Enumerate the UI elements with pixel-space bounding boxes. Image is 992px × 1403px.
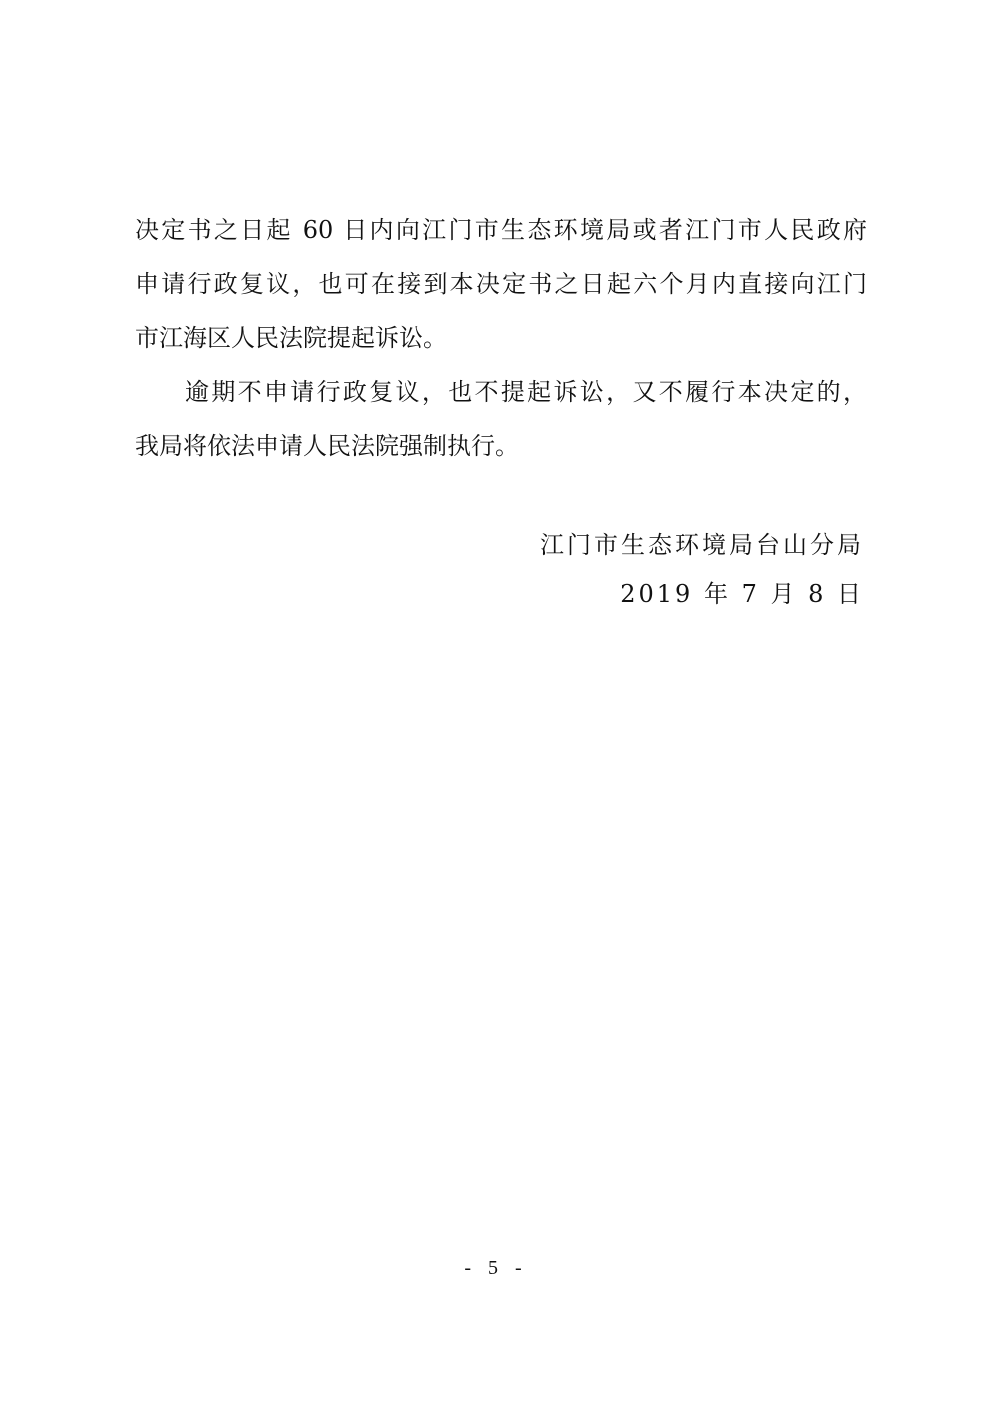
body-text-line: 逾期不申请行政复议，也不提起诉讼，又不履行本决定的， bbox=[185, 376, 867, 408]
body-text-line: 申请行政复议，也可在接到本决定书之日起六个月内直接向江门 bbox=[135, 268, 867, 300]
page-number: - 5 - bbox=[0, 1257, 992, 1280]
body-text-line: 决定书之日起 60 日内向江门市生态环境局或者江门市人民政府 bbox=[135, 214, 867, 246]
issuer-name: 江门市生态环境局台山分局 bbox=[540, 529, 864, 561]
body-text-line: 我局将依法申请人民法院强制执行。 bbox=[135, 430, 519, 462]
body-text-line: 市江海区人民法院提起诉讼。 bbox=[135, 322, 447, 354]
issue-date: 2019 年 7 月 8 日 bbox=[620, 578, 864, 610]
